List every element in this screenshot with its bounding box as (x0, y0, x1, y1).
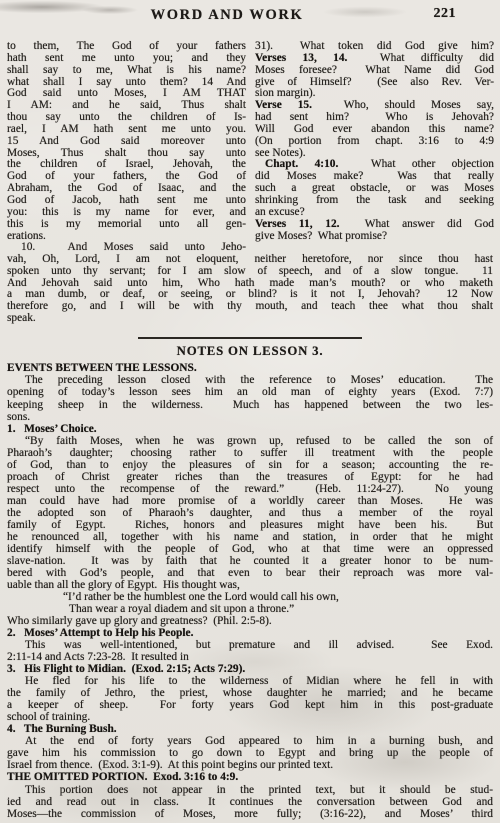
section-divider (138, 337, 362, 339)
text-line: Moses foresee? What Name did God (255, 65, 494, 77)
text-line: speak. (7, 313, 493, 325)
text-line: opening of today’s lesson sees him an ol… (7, 386, 493, 398)
text-line: 15 And God said moreover unto (7, 136, 246, 148)
text-line: this is my memorial unto all gen- (7, 219, 246, 231)
text-line: Pharaoh’s daughter; choosing rather to s… (7, 447, 493, 459)
text-line: He fled for his life to the wilderness o… (7, 675, 493, 687)
text-line: “By faith Moses, when he was grown up, r… (7, 435, 493, 447)
text-line: (On portion from chapt. 3:16 to 4:9 (255, 136, 494, 148)
text-line: ied and read out in class. It continues … (7, 796, 493, 808)
text-line: therefore go, and I will be with thy mou… (7, 301, 493, 313)
text-line: rael, I AM hath sent me unto you. (7, 124, 246, 136)
text-line: keeping sheep in the wilderness. Much ha… (7, 399, 493, 411)
text-line: gave him his commission to go down to Eg… (7, 747, 493, 759)
text-line: Moses—the commission of Moses, more full… (7, 808, 493, 820)
text-line: 4. The Burning Bush. (7, 723, 493, 735)
text-line: respect unto the recompense of the rewar… (7, 483, 493, 495)
text-line: This was well-intentioned, but premature… (7, 639, 493, 651)
text-line: Verses 11, 12. What answer did God (255, 219, 494, 231)
notes-body: EVENTS BETWEEN THE LESSONS.The preceding… (0, 362, 500, 819)
text-line: the adopted son of Pharaoh’s daughter, a… (7, 507, 493, 519)
text-line: EVENTS BETWEEN THE LESSONS. (7, 362, 493, 374)
text-line: hath sent me unto you; and they (7, 53, 246, 65)
text-line: 2:11-14 and Acts 7:23-28. It resulted in (7, 651, 493, 663)
text-line: Than wear a royal diadem and sit upon a … (7, 603, 493, 615)
page-header: WORD AND WORK 221 (0, 0, 500, 39)
text-line: school of training. (7, 711, 493, 723)
text-line: “I’d rather be the humblest one the Lord… (7, 591, 493, 603)
text-line: of God, than to enjoy the pleasures of s… (7, 459, 493, 471)
text-line: The preceding lesson closed with the ref… (7, 374, 493, 386)
right-column: 31). What token did God give him?Verses … (255, 41, 494, 254)
two-column-section: to them, The God of your fathershath sen… (0, 39, 500, 254)
text-line: proach of Christ greater riches than the… (7, 471, 493, 483)
text-line: you: this is my name for ever, and (7, 207, 246, 219)
text-line: give Moses? What promise? (255, 231, 494, 243)
text-line: slave-nation. It was by faith that he co… (7, 555, 493, 567)
text-line: family of Egypt. Riches, honors and plea… (7, 519, 493, 531)
text-line: Who similarly gave up glory and greatnes… (7, 615, 493, 627)
text-line: spoken unto thy servant; for I am slow o… (7, 266, 493, 278)
text-line: uable than all the glory of Egypt. His t… (7, 579, 493, 591)
text-line: Will God ever abandon this name? (255, 124, 494, 136)
bridge-paragraph: vah, Oh, Lord, I am not eloquent, neithe… (0, 254, 500, 324)
text-line: man could have had more promise of a wor… (7, 495, 493, 507)
text-line: bered with God’s people, and that even t… (7, 567, 493, 579)
text-line: the family of Jethro, the priest, whose … (7, 687, 493, 699)
journal-title: WORD AND WORK (0, 7, 500, 24)
notes-heading: NOTES ON LESSON 3. (0, 344, 500, 359)
text-line: Verses 13, 14. What difficulty did (255, 53, 494, 65)
left-column: to them, The God of your fathershath sen… (7, 41, 246, 254)
page-number: 221 (434, 6, 457, 22)
scanned-document-page: WORD AND WORK 221 to them, The God of yo… (0, 0, 500, 823)
text-line: identify himself with the people of God,… (7, 543, 493, 555)
text-line: shall say to me, What is his name? (7, 65, 246, 77)
text-line: THE OMITTED PORTION. Exod. 3:16 to 4:9. (7, 771, 493, 783)
text-line: At the end of forty years God appeared t… (7, 735, 493, 747)
text-line: 2. Moses’ Attempt to Help his People. (7, 627, 493, 639)
text-line: sons. (7, 411, 493, 423)
text-line: a keeper of sheep. For forty years God k… (7, 699, 493, 711)
text-line: Israel from thence. (Exod. 3:1-9). At th… (7, 759, 493, 771)
text-line: This portion does not appear in the prin… (7, 784, 493, 796)
text-line: he renounced all, together with his name… (7, 531, 493, 543)
text-line: 3. His Flight to Midian. (Exod. 2:15; Ac… (7, 663, 493, 675)
text-line: 1. Moses’ Choice. (7, 423, 493, 435)
